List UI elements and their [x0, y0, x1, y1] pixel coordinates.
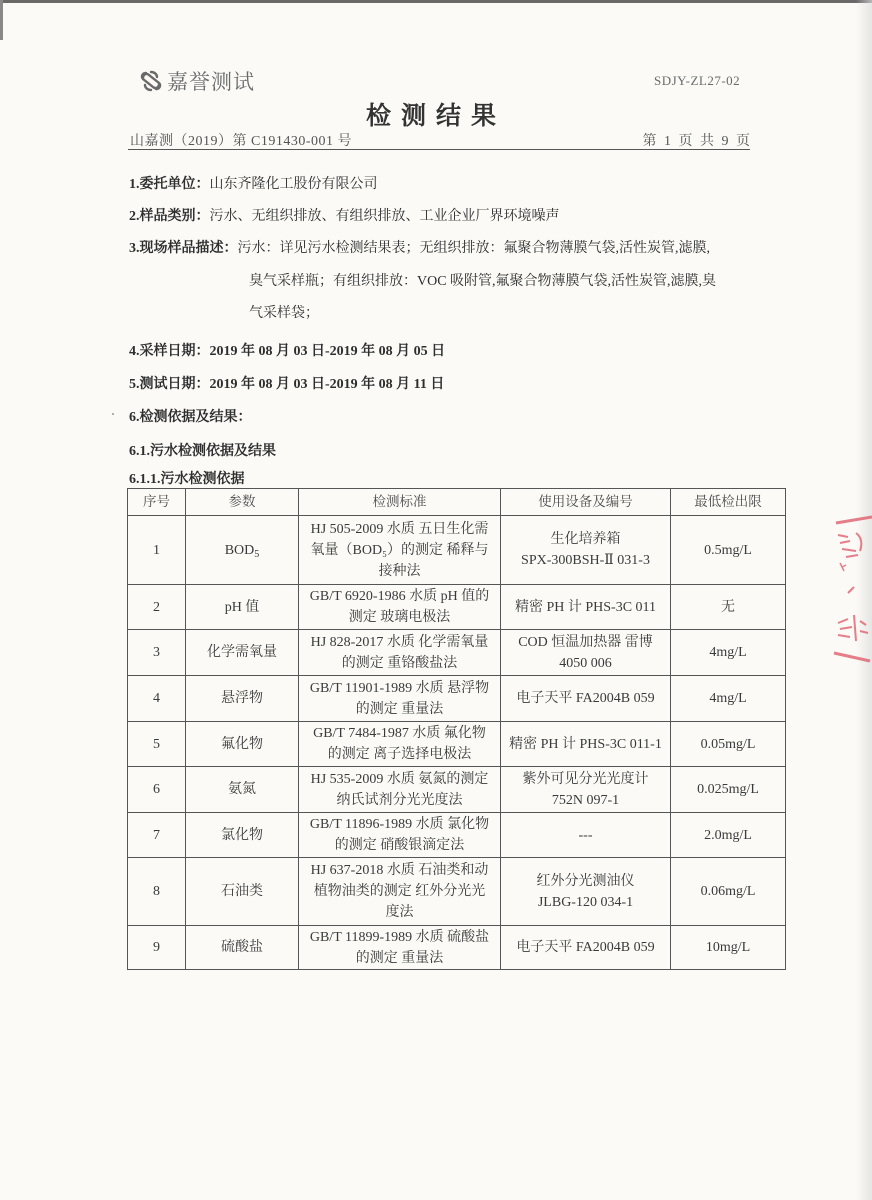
cell-no: 9 — [128, 926, 186, 970]
standard-line: 度法 — [300, 902, 499, 923]
cell-equipment: 电子天平 FA2004B 059 — [501, 926, 671, 970]
standard-line: HJ 535-2009 水质 氨氮的测定 — [300, 769, 499, 790]
cell-param: pH 值 — [186, 585, 299, 630]
cell-param: 悬浮物 — [186, 676, 299, 722]
cell-standard: GB/T 11896-1989 水质 氯化物的测定 硝酸银滴定法 — [299, 813, 501, 858]
standard-line: 纳氏试剂分光光度法 — [300, 790, 499, 811]
client-label: 1.委托单位： — [129, 177, 210, 192]
cell-limit: 2.0mg/L — [671, 813, 786, 858]
seal-stamp-fragment — [826, 515, 872, 667]
standard-line: HJ 637-2018 水质 石油类和动 — [300, 860, 499, 881]
cell-no: 3 — [128, 630, 186, 676]
report-number-line: 山嘉测（2019）第 C191430-001 号 第 1 页 共 9 页 — [128, 130, 750, 150]
page-title: 检测结果 — [0, 96, 872, 132]
sampling-date-label: 4.采样日期： — [129, 344, 210, 359]
standard-line: 氧量（BOD₅）的测定 稀释与 — [300, 540, 499, 561]
sample-desc-field: 3.现场样品描述：污水：详见污水检测结果表；无组织排放：氟聚合物薄膜气袋,活性炭… — [129, 237, 710, 257]
section-6-heading: 6.检测依据及结果： — [129, 406, 252, 426]
table-row: 7 氯化物 GB/T 11896-1989 水质 氯化物的测定 硝酸银滴定法 -… — [128, 813, 786, 858]
cell-no: 1 — [128, 516, 186, 585]
cell-equipment: --- — [501, 813, 671, 858]
cell-standard: HJ 505-2009 水质 五日生化需氧量（BOD₅）的测定 稀释与接种法 — [299, 516, 501, 585]
cell-param: BOD5 — [186, 516, 299, 585]
scan-top-edge — [0, 0, 872, 3]
sample-type-value: 污水、无组织排放、有组织排放、工业企业厂界环境噪声 — [210, 209, 560, 224]
cell-standard: GB/T 11899-1989 水质 硫酸盐的测定 重量法 — [299, 926, 501, 970]
table-row: 4 悬浮物 GB/T 11901-1989 水质 悬浮物的测定 重量法 电子天平… — [128, 676, 786, 722]
col-header-standard: 检测标准 — [299, 489, 501, 516]
sample-desc-line2-row: 臭气采样瓶；有组织排放：VOC 吸附管,氟聚合物薄膜气袋,活性炭管,滤膜,臭 — [249, 270, 716, 290]
cell-param: 硫酸盐 — [186, 926, 299, 970]
sampling-date-field: 4.采样日期：2019 年 08 月 03 日-2019 年 08 月 05 日 — [129, 340, 445, 360]
equipment-line: 电子天平 FA2004B 059 — [501, 688, 670, 709]
cell-equipment: 紫外可见分光光度计752N 097-1 — [501, 767, 671, 813]
equipment-line: --- — [501, 825, 670, 846]
client-value: 山东齐隆化工股份有限公司 — [210, 177, 378, 192]
cell-standard: HJ 828-2017 水质 化学需氧量的测定 重铬酸盐法 — [299, 630, 501, 676]
cell-no: 6 — [128, 767, 186, 813]
col-header-equipment: 使用设备及编号 — [501, 489, 671, 516]
cell-equipment: 精密 PH 计 PHS-3C 011 — [501, 585, 671, 630]
standard-line: 测定 玻璃电极法 — [300, 607, 499, 628]
cell-no: 7 — [128, 813, 186, 858]
cell-equipment: 电子天平 FA2004B 059 — [501, 676, 671, 722]
cell-no: 8 — [128, 858, 186, 926]
company-logo: 嘉誉测试 — [139, 66, 255, 96]
sample-desc-line3: 气采样袋； — [249, 306, 319, 321]
standard-line: GB/T 7484-1987 水质 氟化物 — [300, 723, 499, 744]
cell-limit: 4mg/L — [671, 676, 786, 722]
logo-text: 嘉誉测试 — [167, 66, 255, 96]
sample-type-field: 2.样品类别：污水、无组织排放、有组织排放、工业企业厂界环境噪声 — [129, 205, 560, 225]
standard-line: 的测定 离子选择电极法 — [300, 744, 499, 765]
table-row: 3 化学需氧量 HJ 828-2017 水质 化学需氧量的测定 重铬酸盐法 CO… — [128, 630, 786, 676]
cell-limit: 无 — [671, 585, 786, 630]
wastewater-method-table: 序号 参数 检测标准 使用设备及编号 最低检出限 1 BOD5 HJ 505-2… — [127, 488, 786, 970]
cell-limit: 0.05mg/L — [671, 722, 786, 767]
logo-knot-icon — [139, 69, 163, 93]
cell-param: 氟化物 — [186, 722, 299, 767]
cell-limit: 10mg/L — [671, 926, 786, 970]
col-header-param: 参数 — [186, 489, 299, 516]
cell-limit: 0.5mg/L — [671, 516, 786, 585]
scan-speck — [112, 413, 114, 415]
equipment-line: 红外分光测油仪 — [501, 871, 670, 892]
sample-desc-label: 3.现场样品描述： — [129, 241, 238, 256]
standard-line: GB/T 11899-1989 水质 硫酸盐 — [300, 927, 499, 948]
cell-standard: GB/T 11901-1989 水质 悬浮物的测定 重量法 — [299, 676, 501, 722]
cell-limit: 4mg/L — [671, 630, 786, 676]
equipment-line: 752N 097-1 — [501, 790, 670, 811]
equipment-line: 电子天平 FA2004B 059 — [501, 937, 670, 958]
sampling-date-value: 2019 年 08 月 03 日-2019 年 08 月 05 日 — [210, 344, 446, 359]
standard-line: 植物油类的测定 红外分光光 — [300, 881, 499, 902]
equipment-line: 精密 PH 计 PHS-3C 011-1 — [501, 734, 670, 755]
table-row: 8 石油类 HJ 637-2018 水质 石油类和动植物油类的测定 红外分光光度… — [128, 858, 786, 926]
standard-line: GB/T 11901-1989 水质 悬浮物 — [300, 678, 499, 699]
cell-limit: 0.06mg/L — [671, 858, 786, 926]
scan-left-edge — [0, 0, 3, 40]
cell-equipment: 红外分光测油仪JLBG-120 034-1 — [501, 858, 671, 926]
cell-standard: GB/T 7484-1987 水质 氟化物的测定 离子选择电极法 — [299, 722, 501, 767]
col-header-limit: 最低检出限 — [671, 489, 786, 516]
cell-param: 石油类 — [186, 858, 299, 926]
cell-no: 2 — [128, 585, 186, 630]
report-number: 山嘉测（2019）第 C191430-001 号 — [130, 130, 352, 150]
test-date-label: 5.测试日期： — [129, 377, 210, 392]
table-row: 2 pH 值 GB/T 6920-1986 水质 pH 值的测定 玻璃电极法 精… — [128, 585, 786, 630]
standard-line: HJ 505-2009 水质 五日生化需 — [300, 519, 499, 540]
standard-line: 的测定 重量法 — [300, 948, 499, 969]
cell-param: 氨氮 — [186, 767, 299, 813]
sample-type-label: 2.样品类别： — [129, 209, 210, 224]
sample-desc-line3-row: 气采样袋； — [249, 302, 319, 322]
cell-param: 氯化物 — [186, 813, 299, 858]
cell-equipment: COD 恒温加热器 雷博4050 006 — [501, 630, 671, 676]
document-code: SDJY-ZL27-02 — [654, 73, 740, 89]
client-field: 1.委托单位：山东齐隆化工股份有限公司 — [129, 173, 378, 193]
table-row: 1 BOD5 HJ 505-2009 水质 五日生化需氧量（BOD₅）的测定 稀… — [128, 516, 786, 585]
standard-line: GB/T 6920-1986 水质 pH 值的 — [300, 586, 499, 607]
sample-desc-line2: 臭气采样瓶；有组织排放：VOC 吸附管,氟聚合物薄膜气袋,活性炭管,滤膜,臭 — [249, 274, 716, 289]
cell-standard: HJ 637-2018 水质 石油类和动植物油类的测定 红外分光光度法 — [299, 858, 501, 926]
standard-line: GB/T 11896-1989 水质 氯化物 — [300, 814, 499, 835]
col-header-no: 序号 — [128, 489, 186, 516]
cell-standard: HJ 535-2009 水质 氨氮的测定纳氏试剂分光光度法 — [299, 767, 501, 813]
cell-standard: GB/T 6920-1986 水质 pH 值的测定 玻璃电极法 — [299, 585, 501, 630]
table-row: 5 氟化物 GB/T 7484-1987 水质 氟化物的测定 离子选择电极法 精… — [128, 722, 786, 767]
equipment-line: 4050 006 — [501, 653, 670, 674]
standard-line: HJ 828-2017 水质 化学需氧量 — [300, 632, 499, 653]
page-info: 第 1 页 共 9 页 — [643, 130, 751, 150]
test-date-value: 2019 年 08 月 03 日-2019 年 08 月 11 日 — [210, 377, 445, 392]
section-6-1-heading: 6.1.污水检测依据及结果 — [129, 440, 276, 460]
equipment-line: 紫外可见分光光度计 — [501, 769, 670, 790]
sample-desc-line1: 污水：详见污水检测结果表；无组织排放：氟聚合物薄膜气袋,活性炭管,滤膜, — [238, 241, 711, 256]
standard-line: 接种法 — [300, 561, 499, 582]
cell-param: 化学需氧量 — [186, 630, 299, 676]
equipment-line: COD 恒温加热器 雷博 — [501, 632, 670, 653]
equipment-line: 生化培养箱 — [501, 529, 670, 550]
cell-limit: 0.025mg/L — [671, 767, 786, 813]
cell-equipment: 生化培养箱SPX-300BSH-Ⅱ 031-3 — [501, 516, 671, 585]
table-header-row: 序号 参数 检测标准 使用设备及编号 最低检出限 — [128, 489, 786, 516]
table-row: 9 硫酸盐 GB/T 11899-1989 水质 硫酸盐的测定 重量法 电子天平… — [128, 926, 786, 970]
standard-line: 的测定 硝酸银滴定法 — [300, 835, 499, 856]
standard-line: 的测定 重量法 — [300, 699, 499, 720]
cell-no: 5 — [128, 722, 186, 767]
test-date-field: 5.测试日期：2019 年 08 月 03 日-2019 年 08 月 11 日 — [129, 373, 444, 393]
equipment-line: JLBG-120 034-1 — [501, 892, 670, 913]
param-subscript: 5 — [254, 549, 259, 560]
cell-equipment: 精密 PH 计 PHS-3C 011-1 — [501, 722, 671, 767]
equipment-line: SPX-300BSH-Ⅱ 031-3 — [501, 550, 670, 571]
table-row: 6 氨氮 HJ 535-2009 水质 氨氮的测定纳氏试剂分光光度法 紫外可见分… — [128, 767, 786, 813]
section-6-1-1-heading: 6.1.1.污水检测依据 — [129, 468, 245, 488]
param-text: BOD — [225, 543, 255, 558]
standard-line: 的测定 重铬酸盐法 — [300, 653, 499, 674]
equipment-line: 精密 PH 计 PHS-3C 011 — [501, 597, 670, 618]
cell-no: 4 — [128, 676, 186, 722]
